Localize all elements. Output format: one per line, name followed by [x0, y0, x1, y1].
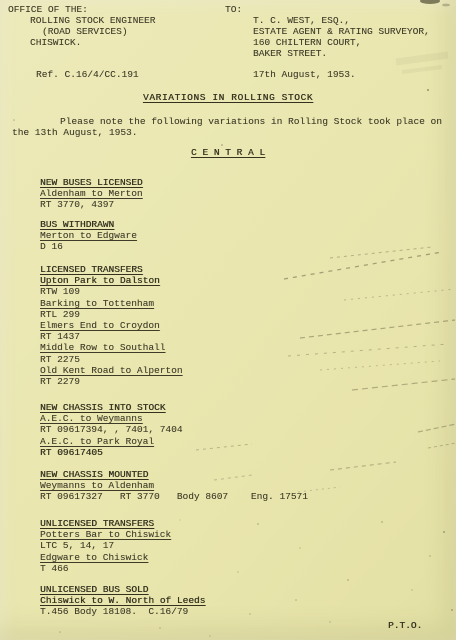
office-name-line: ROLLING STOCK ENGINEER: [30, 15, 155, 26]
office-location-line: CHISWICK.: [30, 37, 81, 48]
section-new-chassis-mounted: NEW CHASSIS MOUNTED Weymanns to Aldenham…: [40, 469, 308, 503]
section-heading: UNLICENSED TRANSFERS: [40, 518, 171, 529]
intro-line-2: the 13th August, 1953.: [12, 127, 137, 138]
stock-line: RTL 299: [40, 309, 183, 320]
recipient-role-line: ESTATE AGENT & RATING SURVEYOR,: [253, 26, 430, 37]
route-line: A.E.C. to Weymanns: [40, 413, 183, 424]
page-title: VARIATIONS IN ROLLING STOCK: [0, 92, 456, 103]
stock-line: T 466: [40, 563, 171, 574]
route-line: Edgware to Chiswick: [40, 552, 171, 563]
section-heading: UNLICENSED BUS SOLD: [40, 584, 205, 595]
route-line: Chiswick to W. North of Leeds: [40, 595, 205, 606]
recipient-address-line-1: 160 CHILTERN COURT,: [253, 37, 361, 48]
section-licensed-transfers: LICENSED TRANSFERS Upton Park to Dalston…: [40, 264, 183, 387]
route-line: Barking to Tottenham: [40, 298, 183, 309]
stock-line: RT 09617405: [40, 447, 183, 458]
office-label: OFFICE OF THE:: [8, 4, 88, 15]
stock-line: RT 09617327 RT 3770 Body 8607 Eng. 17571: [40, 491, 308, 502]
scanned-memo-page: OFFICE OF THE: ROLLING STOCK ENGINEER (R…: [0, 0, 456, 640]
section-heading: LICENSED TRANSFERS: [40, 264, 183, 275]
route-line: A.E.C. to Park Royal: [40, 436, 183, 447]
stock-line: RTW 109: [40, 286, 183, 297]
intro-line-1: Please note the following variations in …: [12, 116, 456, 127]
route-line: Merton to Edgware: [40, 230, 137, 241]
route-line: Weymanns to Aldenham: [40, 480, 308, 491]
route-line: Old Kent Road to Alperton: [40, 365, 183, 376]
route-line: Aldenham to Merton: [40, 188, 143, 199]
section-heading: NEW CHASSIS INTO STOCK: [40, 402, 183, 413]
recipient-name-line: T. C. WEST, ESQ.,: [253, 15, 350, 26]
stock-line: T.456 Body 18108. C.16/79: [40, 606, 205, 617]
section-heading: BUS WITHDRAWN: [40, 219, 137, 230]
section-unlicensed-bus-sold: UNLICENSED BUS SOLD Chiswick to W. North…: [40, 584, 205, 618]
letter-date: 17th August, 1953.: [253, 69, 356, 80]
stock-line: LTC 5, 14, 17: [40, 540, 171, 551]
section-new-buses-licensed: NEW BUSES LICENSED Aldenham to Merton RT…: [40, 177, 143, 211]
stock-line: RT 2275: [40, 354, 183, 365]
ref-number: Ref. C.16/4/CC.191: [36, 69, 139, 80]
section-bus-withdrawn: BUS WITHDRAWN Merton to Edgware D 16: [40, 219, 137, 253]
to-label: TO:: [225, 4, 242, 15]
stock-line: RT 1437: [40, 331, 183, 342]
route-line: Elmers End to Croydon: [40, 320, 183, 331]
region-heading: C E N T R A L: [0, 147, 456, 158]
route-line: Upton Park to Dalston: [40, 275, 183, 286]
section-heading: NEW BUSES LICENSED: [40, 177, 143, 188]
stock-line: RT 2279: [40, 376, 183, 387]
route-line: Middle Row to Southall: [40, 342, 183, 353]
recipient-address-line-2: BAKER STREET.: [253, 48, 327, 59]
section-new-chassis-into-stock: NEW CHASSIS INTO STOCK A.E.C. to Weymann…: [40, 402, 183, 458]
stock-line: RT 3770, 4397: [40, 199, 143, 210]
route-line: Potters Bar to Chiswick: [40, 529, 171, 540]
section-heading: NEW CHASSIS MOUNTED: [40, 469, 308, 480]
stock-line: D 16: [40, 241, 137, 252]
section-unlicensed-transfers: UNLICENSED TRANSFERS Potters Bar to Chis…: [40, 518, 171, 574]
stock-line: RT 09617394, , 7401, 7404: [40, 424, 183, 435]
office-services-line: (ROAD SERVICES): [42, 26, 128, 37]
pto-label: P.T.O.: [388, 620, 422, 631]
